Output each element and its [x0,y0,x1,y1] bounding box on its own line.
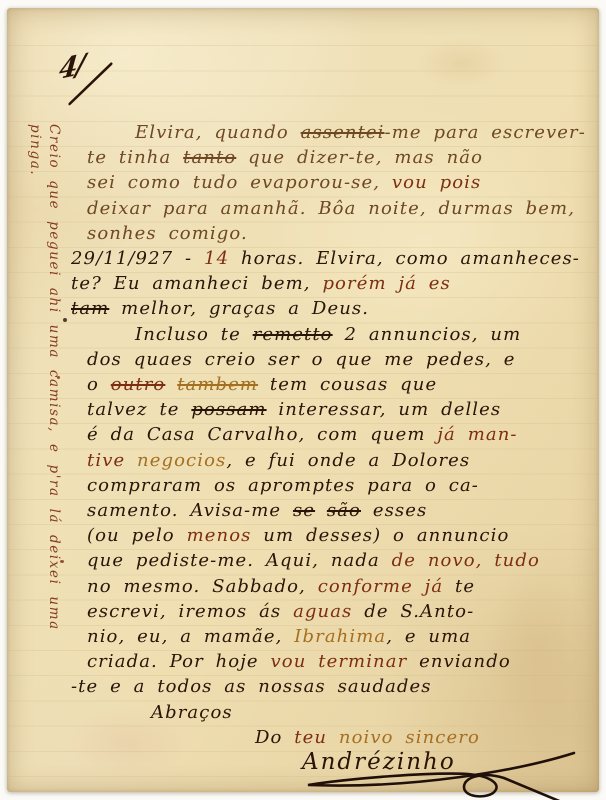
letter-text-segment: remetto [253,324,333,345]
letter-paper: 4/ Creio que peguei ahi uma camisa, e p'… [7,8,599,792]
letter-text-segment: dos quaes creio ser o que me pedes, e [87,349,516,370]
letter-line: deixar para amanhã. Bôa noite, durmas be… [87,196,606,221]
letter-text-segment: aguas [293,601,352,622]
letter-text-segment: negocios [137,450,226,471]
letter-text-segment: melhor, graças a Deus. [109,298,369,319]
letter-text-segment: menos [187,525,252,546]
letter-text-segment: enviando [407,651,510,672]
letter-line: Abraços [87,700,606,725]
letter-line: dos quaes creio ser o que me pedes, e [87,347,606,372]
ink-speck [57,376,60,379]
letter-text-segment: que pediste-me. Aqui, nada [87,550,392,571]
letter-text-segment: sei como tudo evaporou-se, [87,172,392,193]
letter-text-segment: -me para escrever- [385,122,586,143]
letter-text-segment [125,450,137,471]
letter-text-segment [165,374,177,395]
letter-text-segment: 14 [204,248,229,269]
letter-text-segment: o [87,374,111,395]
letter-text-segment: porém já es [322,273,450,294]
letter-text-segment: um desses) o annuncio [251,525,509,546]
scanned-letter-page: { "document": { "kind": "handwritten let… [0,0,606,800]
paper-stain [417,38,507,88]
letter-line: Do teu noivo sincero [87,725,606,750]
letter-text-segment: deixar para amanhã. Bôa noite, durmas be… [87,198,575,219]
letter-line: o outro tambem tem cousas que [87,372,606,397]
letter-text-segment: é da Casa Carvalho, com quem [87,424,437,445]
letter-text-segment: sonhes comigo. [87,223,248,244]
page-number: 4/ [58,49,86,87]
letter-text-segment: criada. Por hoje [87,651,271,672]
letter-text-segment: Andrézinho [302,749,456,775]
letter-line: (ou pelo menos um desses) o annuncio [87,523,606,548]
letter-text-segment: vou pois [392,172,481,193]
letter-text-segment [315,500,327,521]
letter-text-segment: possam [191,399,266,420]
letter-text-segment: talvez te [87,399,191,420]
letter-text-segment: te tinha [87,147,183,168]
letter-text-segment: tive [87,450,125,471]
letter-line: talvez te possam interessar, um delles [87,397,606,422]
letter-text-segment: noivo [339,727,406,748]
letter-text-segment: te? Eu amanheci bem, [71,273,322,294]
letter-text-segment: samento. Avisa-me [87,500,293,521]
letter-text-segment: Ibrahima [294,626,386,647]
letter-text-segment: tam [71,298,109,319]
letter-text-segment: (ou pelo [87,525,187,546]
letter-text-segment: Do [255,727,294,748]
letter-text-segment: conforme já [318,576,443,597]
letter-text-segment: interessar, um delles [267,399,502,420]
letter-text-segment: no mesmo. Sabbado, [87,576,318,597]
letter-line: tive negocios, e fui onde a Dolores [87,448,606,473]
letter-text-segment: esses [361,500,427,521]
letter-text-segment: tem cousas que [258,374,437,395]
letter-text-segment: já man- [437,424,517,445]
letter-text-segment: -te e a todos as nossas saudades [71,676,432,697]
letter-text-segment: nio, eu, a mamãe, [87,626,294,647]
ink-speck [63,318,67,322]
letter-line: no mesmo. Sabbado, conforme já te [87,574,606,599]
letter-body: Elvira, quando assentei-me para escrever… [87,120,606,775]
letter-line: é da Casa Carvalho, com quem já man- [87,422,606,447]
letter-line: que pediste-me. Aqui, nada de novo, tudo [87,548,606,573]
letter-text-segment: , e uma [386,626,471,647]
margin-note-line: pinga. [25,124,44,724]
letter-line: samento. Avisa-me se são esses [87,498,606,523]
letter-text-segment: assentei [301,122,385,143]
margin-note: Creio que peguei ahi uma camisa, e p'ra … [25,124,63,724]
letter-text-segment: vou terminar [271,651,408,672]
letter-text-segment: compraram os apromptes para o ca- [87,475,479,496]
letter-text-segment: outro [111,374,166,395]
ink-speck [60,560,64,563]
letter-text-segment: Abraços [151,702,233,723]
page-number-mark: 4/ [58,49,86,87]
letter-line: 29/11/927 - 14 horas. Elvira, como amanh… [87,246,606,271]
letter-text-segment: de S.Anto- [352,601,474,622]
letter-line: -te e a todos as nossas saudades [87,674,606,699]
letter-line: compraram os apromptes para o ca- [87,473,606,498]
letter-line: te? Eu amanheci bem, porém já es [87,271,606,296]
letter-line: te tinha tanto que dizer-te, mas não [87,145,606,170]
letter-text-segment: são [327,500,361,521]
letter-text-segment: te [443,576,475,597]
letter-text-segment: Elvira, quando [135,122,301,143]
letter-text-segment: 29/11/927 - [71,248,204,269]
letter-line: tam melhor, graças a Deus. [87,296,606,321]
letter-text-segment: escrevi, iremos ás [87,601,293,622]
letter-line: sei como tudo evaporou-se, vou pois [87,170,606,195]
letter-line: escrevi, iremos ás aguas de S.Anto- [87,599,606,624]
letter-line: sonhes comigo. [87,221,606,246]
letter-text-segment: Incluso te [135,324,253,345]
letter-text-segment: teu [294,727,339,748]
letter-text-segment: tanto [183,147,236,168]
letter-text-segment: se [293,500,315,521]
letter-text-segment: tambem [177,374,258,395]
letter-line: nio, eu, a mamãe, Ibrahima, e uma [87,624,606,649]
letter-text-segment: 2 annuncios, um [333,324,522,345]
letter-text-segment: , e fui onde a Dolores [226,450,470,471]
letter-line: Incluso te remetto 2 annuncios, um [87,322,606,347]
letter-text-segment: sincero [405,727,479,748]
letter-text-segment: que dizer-te, mas não [236,147,483,168]
letter-text-segment: horas. Elvira, como amanheces- [229,248,580,269]
margin-note-line: Creio que peguei ahi uma camisa, e p'ra … [44,124,63,724]
letter-line: Andrézinho [87,750,606,775]
scan-background: 4/ Creio que peguei ahi uma camisa, e p'… [0,0,606,800]
letter-text-segment: de novo, tudo [392,550,540,571]
letter-line: Elvira, quando assentei-me para escrever… [87,120,606,145]
letter-line: criada. Por hoje vou terminar enviando [87,649,606,674]
